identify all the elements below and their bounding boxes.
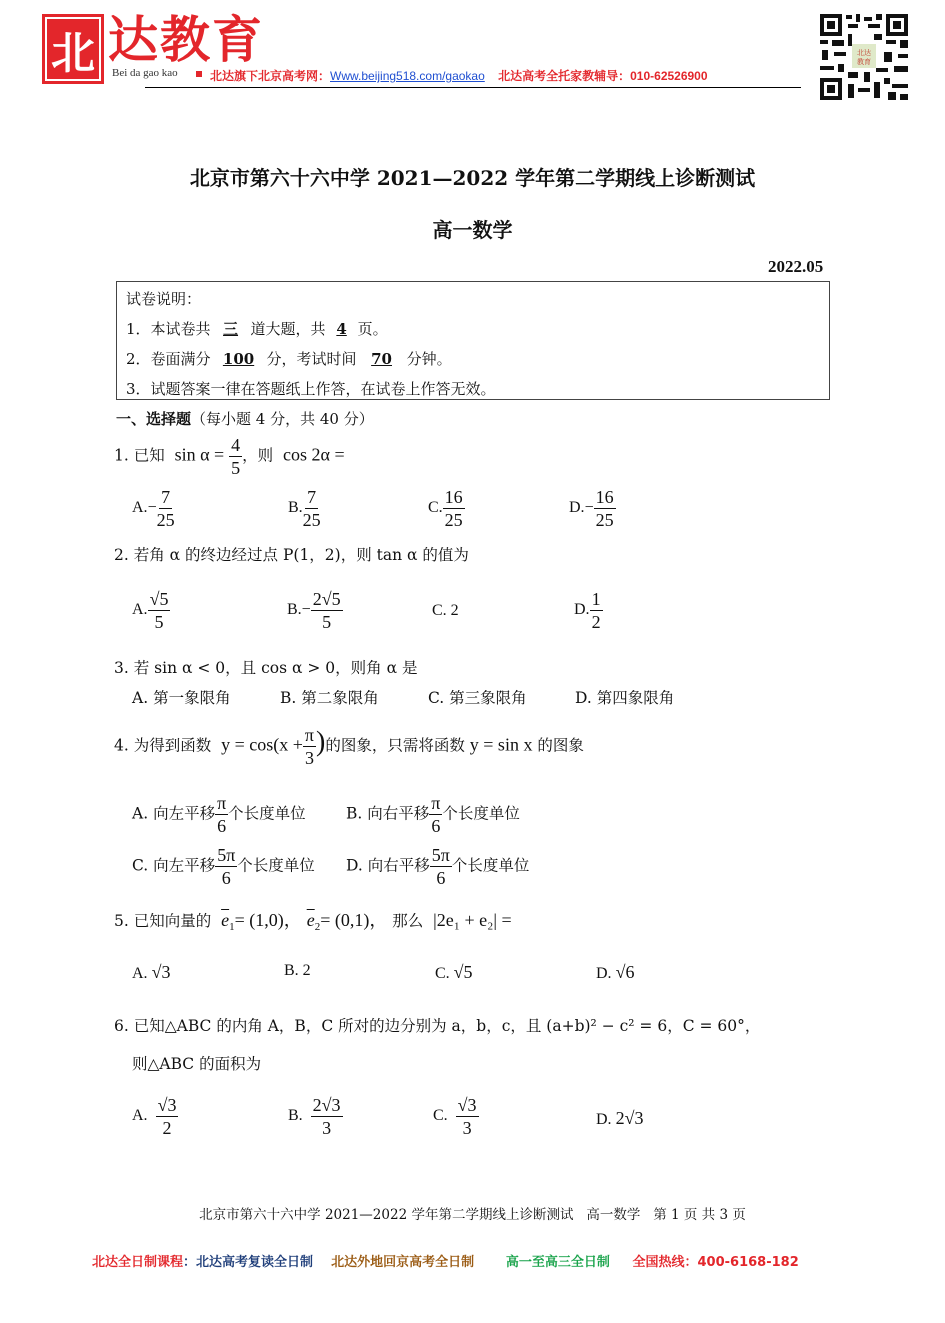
- svg-text:教育: 教育: [857, 57, 871, 66]
- bullet-square-icon: [196, 71, 202, 77]
- q6-option-c[interactable]: C. √33: [433, 1094, 479, 1139]
- q6-option-d[interactable]: D. 2√3: [596, 1108, 643, 1129]
- page-footer: 北京市第六十六中学 2021—2022 学年第二学期线上诊断测试 高一数学 第 …: [0, 1203, 945, 1223]
- q5-option-d[interactable]: D. √6: [596, 962, 634, 983]
- q4-option-d[interactable]: D. 向右平移5π6个长度单位: [346, 844, 529, 889]
- q1-option-a[interactable]: A.−725: [132, 486, 175, 531]
- q1-option-c[interactable]: C.1625: [428, 486, 465, 531]
- q3-option-a[interactable]: A. 第一象限角: [132, 686, 231, 708]
- promo-item-outside: 北达外地回京高考全日制: [331, 1255, 474, 1270]
- promo-hotline: 全国热线：400-6168-182: [633, 1255, 799, 1270]
- instruction-2: 2．卷面满分100分，考试时间70分钟。: [126, 348, 452, 369]
- header-divider: [145, 87, 801, 88]
- logo-subtitle: Bei da gao kao: [112, 67, 178, 79]
- tagline-prefix: 北达旗下北京高考网：: [210, 69, 330, 83]
- instruction-1: 1．本试卷共三道大题，共4页。: [126, 318, 388, 339]
- promo-item-repeat: 北达高考复读全日制: [196, 1255, 313, 1270]
- page-count: 4: [326, 320, 358, 338]
- exam-subject: 高一数学: [0, 214, 945, 243]
- q5-option-a[interactable]: A. √3: [132, 962, 170, 983]
- exam-duration: 70: [357, 350, 407, 368]
- q2-option-d[interactable]: D.12: [574, 588, 603, 633]
- logo-mark: 北: [42, 14, 104, 84]
- q4-option-b[interactable]: B. 向右平移π6个长度单位: [346, 792, 520, 837]
- q2-option-a[interactable]: A.√55: [132, 588, 170, 633]
- instruction-3: 3．试题答案一律在答题纸上作答，在试卷上作答无效。: [126, 378, 496, 399]
- section-heading: 一、选择题（每小题 4 分，共 40 分）: [116, 408, 374, 429]
- header-tagline: 北达旗下北京高考网：Www.beijing518.com/gaokao 北达高考…: [210, 67, 708, 84]
- exam-date: 2022.05: [768, 257, 823, 277]
- q1-option-d[interactable]: D.−1625: [569, 486, 616, 531]
- question-6: 6. 已知△ABC 的内角 A，B，C 所对的边分别为 a，b，c，且 (a+b…: [114, 1014, 760, 1036]
- q5-option-b[interactable]: B. 2: [284, 962, 311, 980]
- q2-option-b[interactable]: B.−2√55: [287, 588, 343, 633]
- question-4: 4. 为得到函数 y = cos(x +π3)的图象，只需将函数 y = sin…: [114, 724, 584, 769]
- q4-option-a[interactable]: A. 向左平移π6个长度单位: [132, 792, 306, 837]
- exam-instructions-box: 试卷说明： 1．本试卷共三道大题，共4页。 2．卷面满分100分，考试时间70分…: [116, 281, 830, 400]
- question-2: 2. 若角 α 的终边经过点 P(1，2)，则 tan α 的值为: [114, 543, 469, 565]
- instructions-heading: 试卷说明：: [126, 288, 201, 309]
- question-1: 1. 已知 sin α = 45，则 cos 2α =: [114, 434, 345, 479]
- qr-code-icon: 北达 教育: [818, 12, 910, 102]
- q6-option-b[interactable]: B. 2√33: [288, 1094, 343, 1139]
- promo-item-fulltime: 高一至高三全日制: [506, 1255, 610, 1270]
- website-link[interactable]: Www.beijing518.com/gaokao: [330, 69, 485, 83]
- q6-option-a[interactable]: A. √32: [132, 1094, 178, 1139]
- q4-option-c[interactable]: C. 向左平移5π6个长度单位: [132, 844, 315, 889]
- tutoring-hotline: 北达高考全托家教辅导：010-62526900: [498, 69, 707, 83]
- q3-option-c[interactable]: C. 第三象限角: [428, 686, 527, 708]
- question-3: 3. 若 sin α < 0，且 cos α > 0，则角 α 是: [114, 656, 417, 678]
- section-count: 三: [211, 318, 251, 339]
- q3-option-d[interactable]: D. 第四象限角: [575, 686, 674, 708]
- exam-title: 北京市第六十六中学 2021—2022 学年第二学期线上诊断测试: [0, 162, 945, 191]
- logo-text: 达教育: [108, 10, 264, 70]
- question-5: 5. 已知向量的 e1= (1,0)， e2= (0,1)， 那么 |2e₁ +…: [114, 906, 512, 933]
- q1-option-b[interactable]: B.725: [288, 486, 321, 531]
- promo-bar: 北达全日制课程：北达高考复读全日制 北达外地回京高考全日制 高一至高三全日制 全…: [92, 1251, 799, 1270]
- logo-char: 北: [51, 17, 95, 81]
- q2-option-c[interactable]: C. 2: [432, 602, 459, 620]
- svg-text:北达: 北达: [857, 48, 871, 57]
- q3-option-b[interactable]: B. 第二象限角: [280, 686, 379, 708]
- total-score: 100: [211, 350, 267, 368]
- q5-option-c[interactable]: C. √5: [435, 962, 473, 983]
- question-6-line2: 则△ABC 的面积为: [132, 1052, 261, 1074]
